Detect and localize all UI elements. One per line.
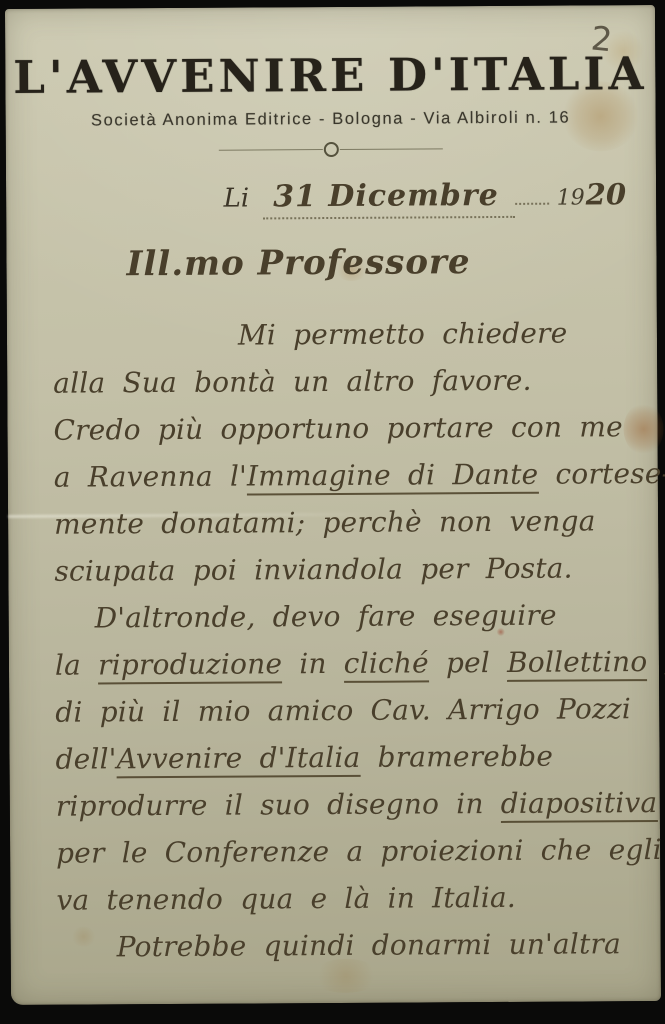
divider-line-right — [339, 148, 443, 150]
text-segment: Mi permetto chiedere — [238, 317, 568, 352]
handwritten-line: riprodurre il suo disegno in diapositiva — [56, 779, 634, 830]
handwritten-line: Mi permetto chiedere — [53, 309, 631, 360]
handwritten-line: a Ravenna l'Immagine di Dante cortese- — [54, 450, 632, 501]
salutation: Ill.mo Professore — [126, 242, 470, 284]
handwritten-line: la riproduzione in cliché pel Bollettino… — [55, 638, 633, 689]
handwritten-line: sciupata poi inviandola per Posta. — [54, 544, 632, 595]
handwritten-line: va tenendo qua e là in Italia. — [56, 873, 634, 924]
text-segment: pel — [429, 646, 507, 679]
underlined-phrase: diapositiva — [501, 786, 658, 823]
letter-body: Mi permetto chiederealla Sua bontà un al… — [53, 309, 635, 971]
text-segment: alla Sua bontà un altro favore. — [53, 364, 532, 400]
date-century-printed: 19 — [557, 185, 585, 210]
text-segment: D'altronde, devo fare eseguire — [95, 599, 557, 635]
divider-ring-icon — [323, 142, 338, 157]
text-segment: la — [55, 648, 98, 681]
handwritten-line: alla Sua bontà un altro favore. — [53, 356, 631, 407]
date-prefix-printed: Li — [224, 184, 250, 214]
date-day-month-handwritten: 31 Dicembre — [263, 178, 515, 220]
letterhead: L'AVVENIRE D'ITALIA Società Anonima Edit… — [5, 47, 656, 159]
text-segment: mente donatami; perchè non venga — [54, 504, 596, 540]
date-dotted-gap — [515, 187, 549, 205]
letterhead-title: L'AVVENIRE D'ITALIA — [5, 47, 655, 104]
underlined-phrase: Bollettino — [507, 645, 647, 682]
underlined-phrase: Immagine di Dante — [247, 458, 539, 496]
date-year-handwritten: 20 — [586, 177, 627, 211]
text-segment: bramerebbe — [360, 740, 553, 774]
text-segment: in — [282, 647, 344, 680]
underlined-phrase: cliché — [344, 646, 429, 683]
underlined-phrase: Avvenire d'Italia — [117, 741, 361, 778]
text-segment: riprodurre il suo disegno in — [56, 787, 501, 823]
text-segment: ; — [647, 645, 665, 678]
text-segment: sciupata poi inviandola per Posta. — [54, 552, 573, 588]
handwritten-line: dell'Avvenire d'Italia bramerebbe — [55, 732, 633, 783]
text-segment: Credo più opportuno portare con me — [53, 410, 622, 446]
handwritten-line: D'altronde, devo fare eseguire — [55, 591, 633, 642]
text-segment: dell' — [55, 742, 116, 775]
text-segment: a Ravenna l' — [54, 460, 247, 494]
letter-page: 2 L'AVVENIRE D'ITALIA Società Anonima Ed… — [5, 5, 661, 1005]
text-segment: cortese- — [538, 457, 665, 491]
handwritten-line: mente donatami; perchè non venga — [54, 497, 632, 548]
text-segment: va tenendo qua e là in Italia. — [56, 881, 516, 917]
handwritten-line: Potrebbe quindi donarmi un'altra — [57, 920, 635, 971]
underlined-phrase: riproduzione — [98, 647, 282, 684]
handwritten-line: Credo più opportuno portare con me — [53, 403, 631, 454]
letterhead-divider — [219, 141, 443, 157]
text-segment: per le Conferenze a proiezioni che egli — [56, 833, 662, 870]
handwritten-line: per le Conferenze a proiezioni che egli — [56, 826, 634, 877]
letterhead-subtitle: Società Anonima Editrice - Bologna - Via… — [6, 108, 656, 131]
date-line: Li 31 Dicembre 19 20 — [223, 177, 626, 219]
scan-frame: 2 L'AVVENIRE D'ITALIA Società Anonima Ed… — [0, 0, 665, 1024]
text-segment: di più il mio amico Cav. Arrigo Pozzi — [55, 692, 631, 729]
divider-line-left — [219, 149, 323, 151]
handwritten-line: di più il mio amico Cav. Arrigo Pozzi — [55, 685, 633, 736]
text-segment: Potrebbe quindi donarmi un'altra — [117, 927, 621, 963]
